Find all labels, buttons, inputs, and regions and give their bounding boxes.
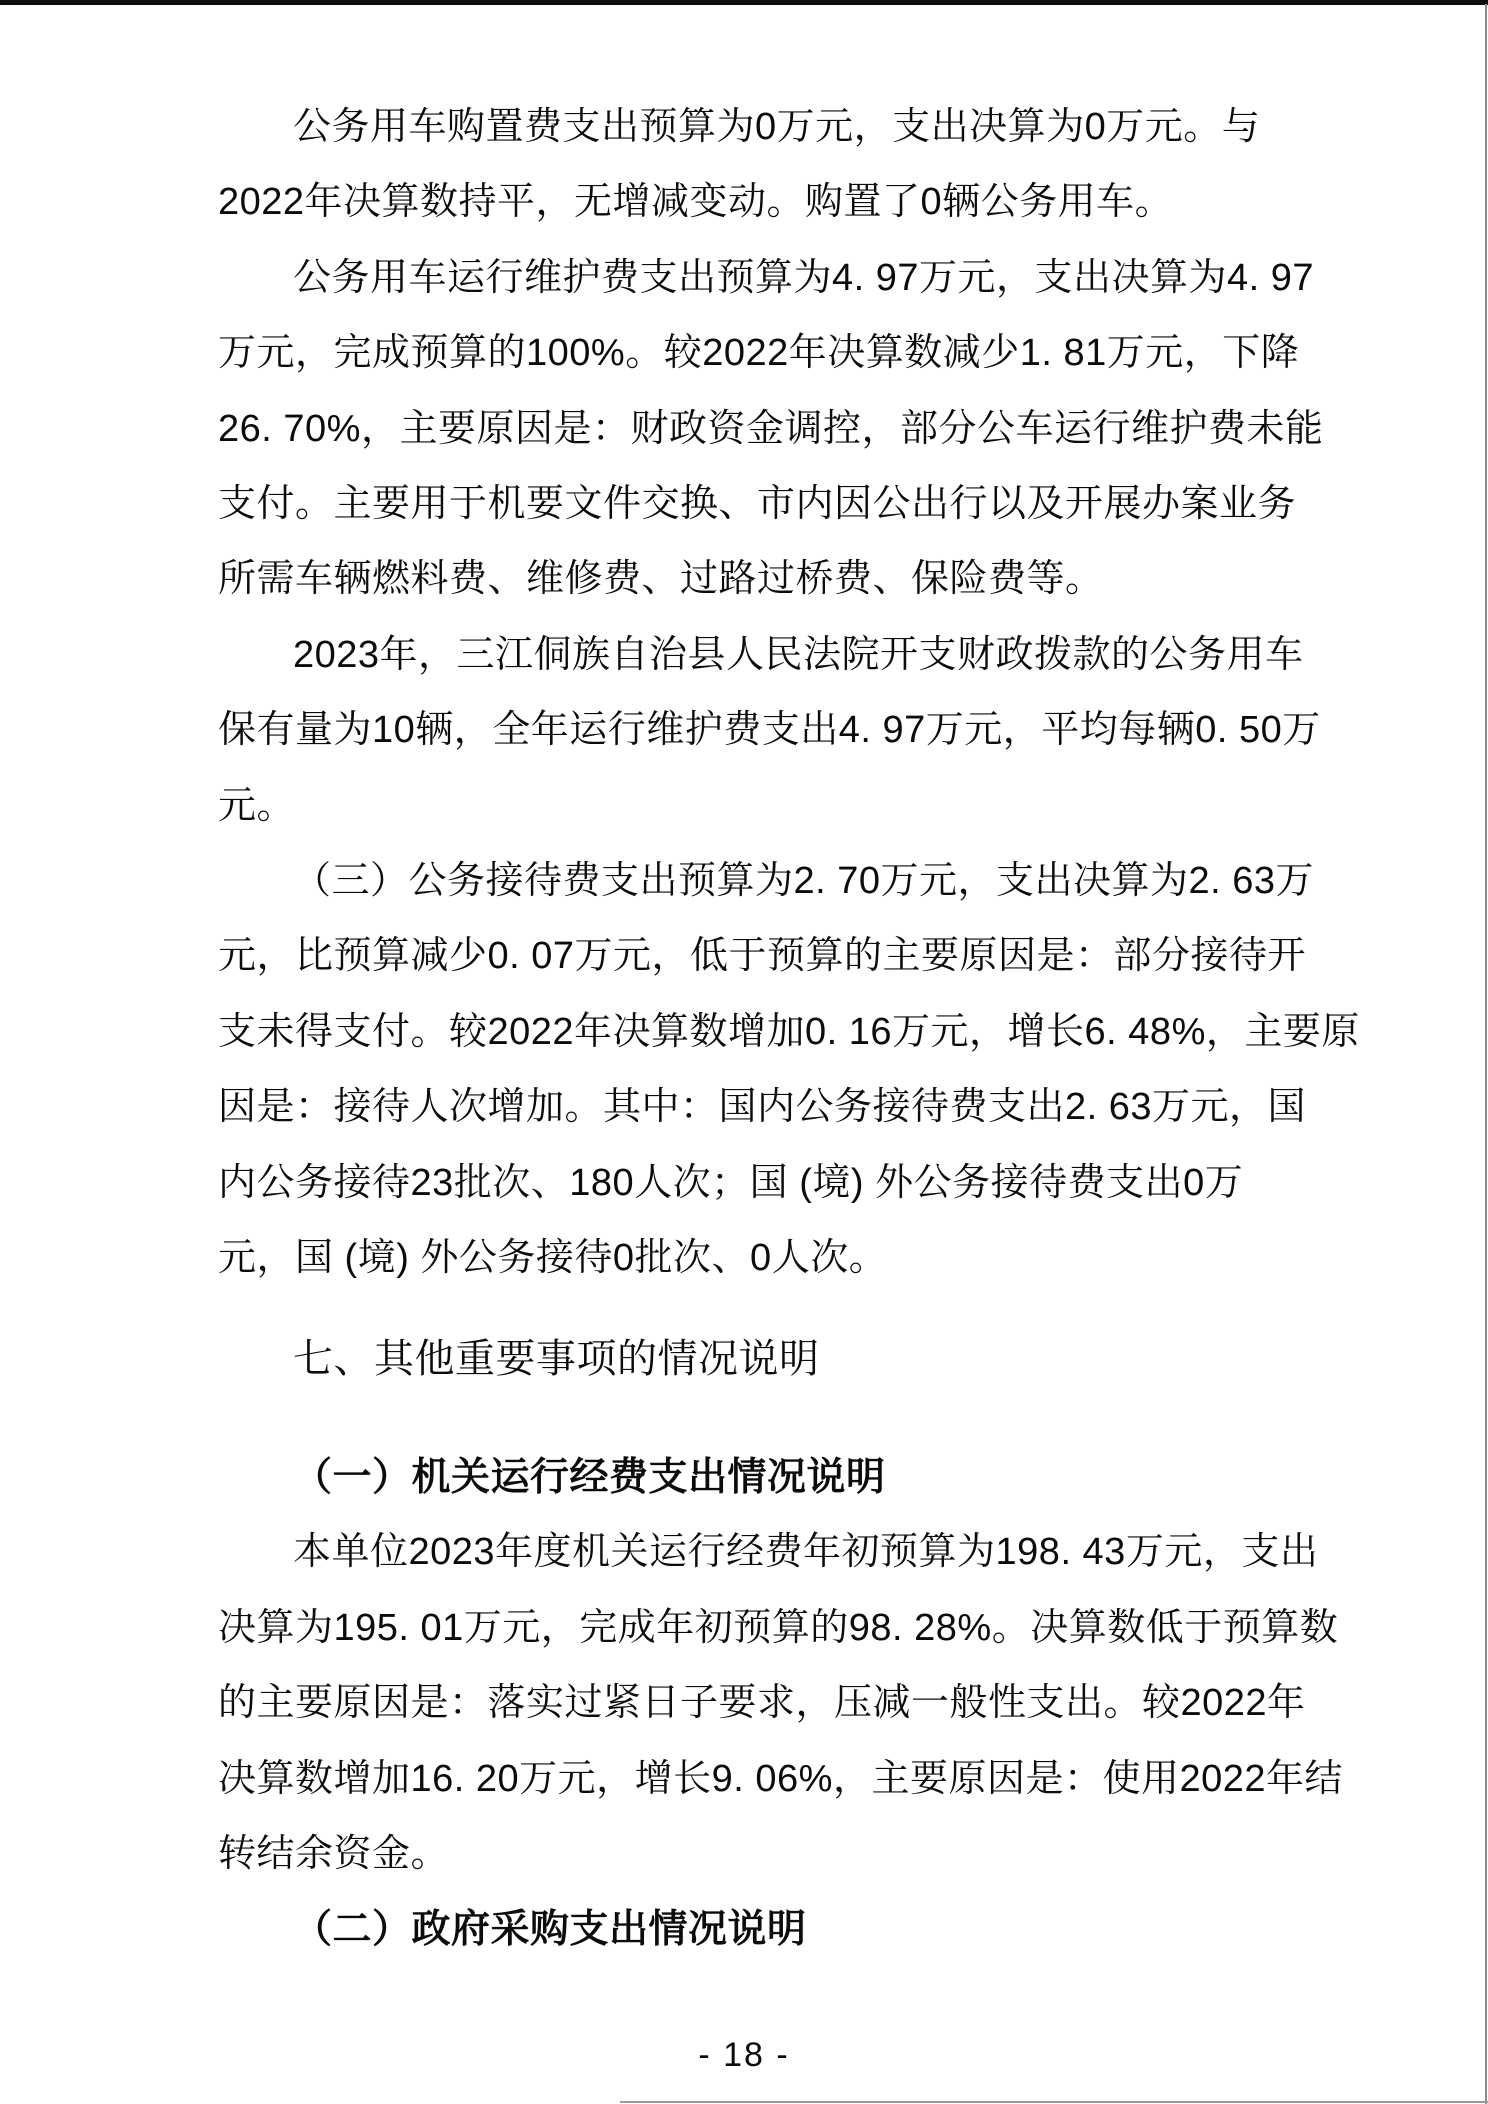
scan-bottom-edge-line [620,2101,1488,2103]
text-line: （二）政府采购支出情况说明 [218,1892,1348,1967]
text-line: 元。 [218,769,1348,844]
text-line: 保有量为10辆，全年运行维护费支出4. 97万元，平均每辆0. 50万 [218,693,1348,768]
text-line: 决算数增加16. 20万元，增长9. 06%，主要原因是：使用2022年结 [218,1742,1348,1817]
text-line: 元，比预算减少0. 07万元，低于预算的主要原因是：部分接待开 [218,919,1348,994]
text-line: 2023年，三江侗族自治县人民法院开支财政拨款的公务用车 [218,618,1348,693]
text-line: 的主要原因是：落实过紧日子要求，压减一般性支出。较2022年 [218,1666,1348,1741]
text-line: 公务用车运行维护费支出预算为4. 97万元，支出决算为4. 97 [218,241,1348,316]
text-line: 因是：接待人次增加。其中：国内公务接待费支出2. 63万元，国 [218,1070,1348,1145]
paragraph-body: 公务用车购置费支出预算为0万元，支出决算为0万元。与2022年决算数持平，无增减… [218,90,1348,241]
text-line: 决算为195. 01万元，完成年初预算的98. 28%。决算数低于预算数 [218,1591,1348,1666]
text-line: 2022年决算数持平，无增减变动。购置了0辆公务用车。 [218,165,1348,240]
text-line: 七、其他重要事项的情况说明 [218,1322,1348,1397]
text-line: 本单位2023年度机关运行经费年初预算为198. 43万元，支出 [218,1515,1348,1590]
paragraph-heading: 七、其他重要事项的情况说明 [218,1322,1348,1397]
document-page: 公务用车购置费支出预算为0万元，支出决算为0万元。与2022年决算数持平，无增减… [0,0,1488,2104]
paragraph-body: 公务用车运行维护费支出预算为4. 97万元，支出决算为4. 97万元，完成预算的… [218,241,1348,618]
paragraph-subheading: （一）机关运行经费支出情况说明 [218,1440,1348,1515]
text-line: 内公务接待23批次、180人次；国 (境) 外公务接待费支出0万 [218,1146,1348,1221]
text-line: 万元，完成预算的100%。较2022年决算数减少1. 81万元，下降 [218,316,1348,391]
text-line: （三）公务接待费支出预算为2. 70万元，支出决算为2. 63万 [218,844,1348,919]
text-line: （一）机关运行经费支出情况说明 [218,1440,1348,1515]
text-line: 支未得支付。较2022年决算数增加0. 16万元，增长6. 48%，主要原 [218,995,1348,1070]
paragraph-body: （三）公务接待费支出预算为2. 70万元，支出决算为2. 63万元，比预算减少0… [218,844,1348,1296]
text-line: 所需车辆燃料费、维修费、过路过桥费、保险费等。 [218,542,1348,617]
paragraph-body: 本单位2023年度机关运行经费年初预算为198. 43万元，支出决算为195. … [218,1515,1348,1892]
text-line: 转结余资金。 [218,1817,1348,1892]
paragraph-subheading: （二）政府采购支出情况说明 [218,1892,1348,1967]
text-line: 26. 70%，主要原因是：财政资金调控，部分公车运行维护费未能 [218,392,1348,467]
text-line: 元，国 (境) 外公务接待0批次、0人次。 [218,1221,1348,1296]
text-line: 支付。主要用于机要文件交换、市内因公出行以及开展办案业务 [218,467,1348,542]
page-number: - 18 - [0,2036,1488,2075]
paragraph-body: 2023年，三江侗族自治县人民法院开支财政拨款的公务用车保有量为10辆，全年运行… [218,618,1348,844]
text-line: 公务用车购置费支出预算为0万元，支出决算为0万元。与 [218,90,1348,165]
document-content: 公务用车购置费支出预算为0万元，支出决算为0万元。与2022年决算数持平，无增减… [0,0,1488,1968]
